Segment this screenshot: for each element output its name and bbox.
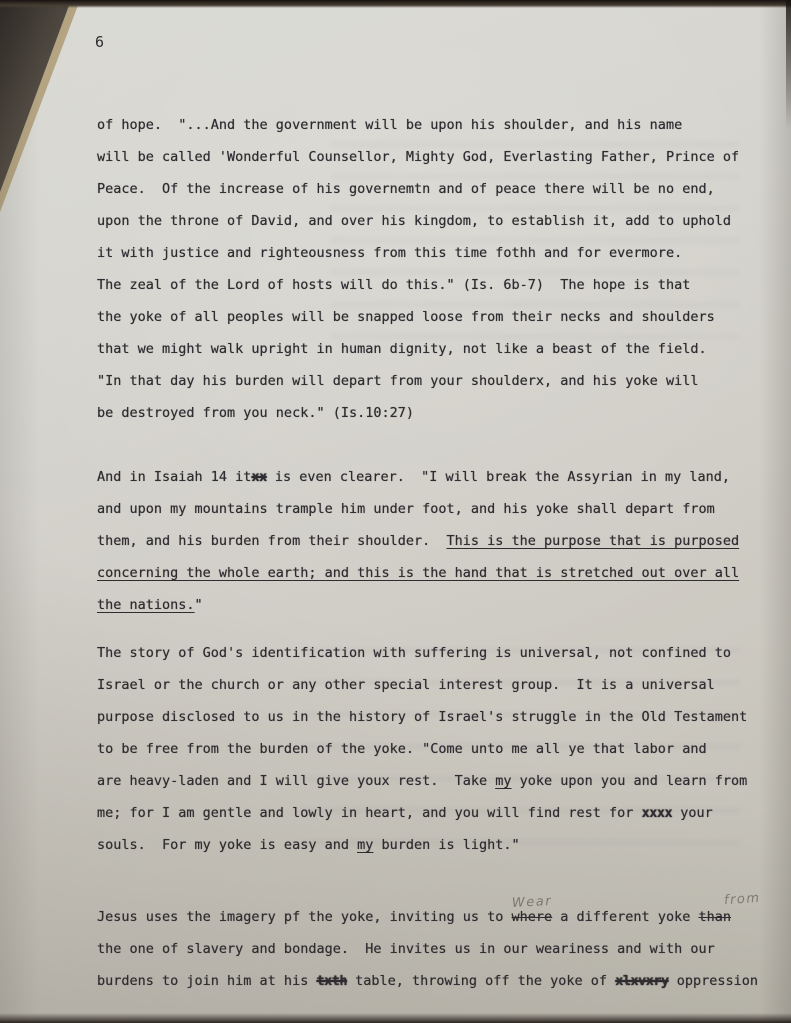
text-line: upon the throne of David, and over his k…	[97, 210, 772, 242]
text-segment: upon the throne of David, and over his k…	[97, 213, 731, 229]
text-line: the nations."	[97, 594, 772, 626]
photo-edge-top	[0, 0, 791, 8]
text-segment: my	[495, 773, 511, 789]
text-segment: the nations.	[97, 597, 195, 613]
text-segment: burden is light."	[373, 837, 519, 853]
text-segment: The story of God's identification with s…	[97, 645, 731, 661]
handwritten-annotation: from	[724, 888, 762, 912]
text-segment: of hope. "...And the government will be …	[97, 117, 682, 133]
paragraph-jesus-yoke-imagery: Jesus uses the imagery pf the yoke, invi…	[97, 906, 772, 1002]
text-segment: to be free from the burden of the yoke. …	[97, 741, 707, 757]
page-number: 6	[95, 33, 104, 51]
text-segment: "In that day his burden will depart from…	[97, 373, 698, 389]
typed-text-body: of hope. "...And the government will be …	[97, 114, 772, 1002]
text-segment: The zeal of the Lord of hosts will do th…	[97, 277, 690, 293]
text-segment: are heavy-laden and I will give youx res…	[97, 773, 495, 789]
text-segment: table, throwing off the yoke of	[347, 973, 615, 989]
text-line: Jesus uses the imagery pf the yoke, invi…	[97, 906, 772, 938]
text-segment: Jesus uses the imagery pf the yoke, invi…	[97, 909, 512, 925]
text-segment: be destroyed from you neck." (Is.10:27)	[97, 405, 414, 421]
text-segment: them, and his burden from their shoulder…	[97, 533, 447, 549]
text-line: to be free from the burden of the yoke. …	[97, 738, 772, 770]
text-segment: Peace. Of the increase of his governemtn…	[97, 181, 715, 197]
text-line: purpose disclosed to us in the history o…	[97, 706, 772, 738]
text-line: the yoke of all peoples will be snapped …	[97, 306, 772, 338]
text-segment: concerning the whole earth; and this is …	[97, 565, 739, 581]
text-segment: will be called 'Wonderful Counsellor, Mi…	[97, 149, 739, 165]
text-segment: it with justice and righteousness from t…	[97, 245, 682, 261]
text-segment: your	[672, 805, 713, 821]
text-line: "In that day his burden will depart from…	[97, 370, 772, 402]
text-segment: This is the purpose that is purposed	[447, 533, 740, 549]
text-segment: and upon my mountains trample him under …	[97, 501, 715, 517]
text-segment: that we might walk upright in human dign…	[97, 341, 707, 357]
paragraph-isaiah-9: of hope. "...And the government will be …	[97, 114, 772, 434]
text-segment: the one of slavery and bondage. He invit…	[97, 941, 715, 957]
text-line: And in Isaiah 14 itxx is even clearer. "…	[97, 466, 772, 498]
paragraph-gods-identification: The story of God's identification with s…	[97, 642, 772, 866]
text-segment: Israel or the church or any other specia…	[97, 677, 715, 693]
text-segment: And in Isaiah 14 it	[97, 469, 251, 485]
struck-word: thanfrom	[698, 909, 731, 925]
typewriter-strikeover: xx	[251, 469, 266, 485]
text-segment: the yoke of all peoples will be snapped …	[97, 309, 715, 325]
text-line: of hope. "...And the government will be …	[97, 114, 772, 146]
text-segment: yoke upon you and learn from	[512, 773, 748, 789]
paragraph-isaiah-14: And in Isaiah 14 itxx is even clearer. "…	[97, 466, 772, 626]
text-line: and upon my mountains trample him under …	[97, 498, 772, 530]
text-segment: "	[195, 597, 203, 613]
text-line: are heavy-laden and I will give youx res…	[97, 770, 772, 802]
text-line: Israel or the church or any other specia…	[97, 674, 772, 706]
typewriter-strikeover: xlxvxry	[615, 973, 668, 989]
text-segment: my	[357, 837, 373, 853]
text-line: The zeal of the Lord of hosts will do th…	[97, 274, 772, 306]
text-line: it with justice and righteousness from t…	[97, 242, 772, 274]
typewriter-strikeover: txth	[316, 973, 347, 989]
text-segment: purpose disclosed to us in the history o…	[97, 709, 747, 725]
text-line: burdens to join him at his txth table, t…	[97, 970, 772, 1002]
photo-edge-bottom	[0, 1013, 791, 1023]
text-segment: souls. For my yoke is easy and	[97, 837, 357, 853]
text-segment: is even clearer. "I will break the Assyr…	[267, 469, 730, 485]
photo-edge-right	[786, 0, 791, 130]
text-line: will be called 'Wonderful Counsellor, Mi…	[97, 146, 772, 178]
text-line: be destroyed from you neck." (Is.10:27)	[97, 402, 772, 434]
handwritten-annotation: Wear	[511, 891, 552, 915]
text-segment: burdens to join him at his	[97, 973, 316, 989]
text-segment: oppression	[669, 973, 758, 989]
text-line: Peace. Of the increase of his governemtn…	[97, 178, 772, 210]
text-line: them, and his burden from their shoulder…	[97, 530, 772, 562]
text-line: me; for I am gentle and lowly in heart, …	[97, 802, 772, 834]
text-segment: me; for I am gentle and lowly in heart, …	[97, 805, 642, 821]
text-line: that we might walk upright in human dign…	[97, 338, 772, 370]
text-line: souls. For my yoke is easy and my burden…	[97, 834, 772, 866]
text-line: concerning the whole earth; and this is …	[97, 562, 772, 594]
text-segment: a different yoke	[552, 909, 698, 925]
scanned-document-photo: 6 of hope. "...And the government will b…	[0, 0, 791, 1023]
typewriter-strikeover: xxxx	[642, 805, 673, 821]
text-line: The story of God's identification with s…	[97, 642, 772, 674]
struck-word: whereWear	[512, 909, 553, 925]
text-line: the one of slavery and bondage. He invit…	[97, 938, 772, 970]
